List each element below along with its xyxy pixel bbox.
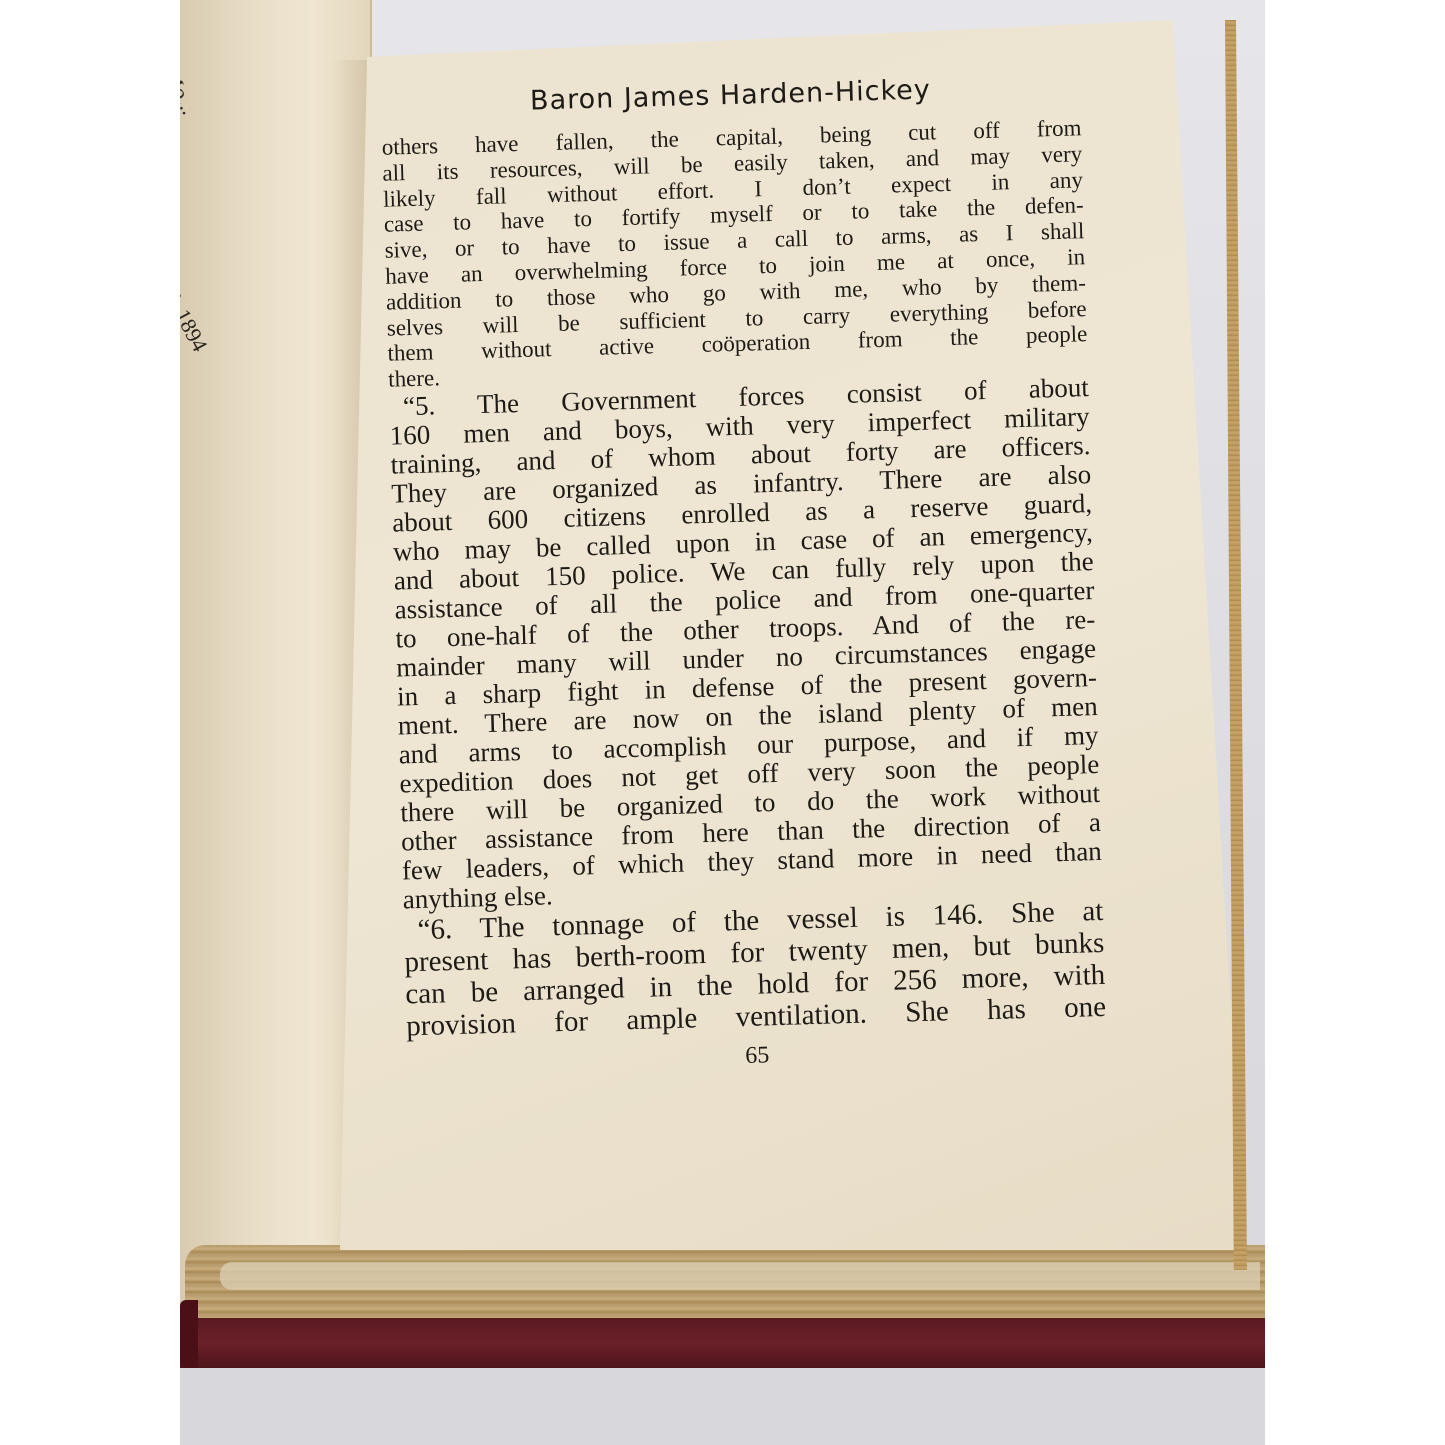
book-cover-corner: [180, 1300, 198, 1368]
paragraph-5: “5. The Government forces consist of abo…: [389, 373, 1103, 914]
paragraph-6: “6. The tonnage of the vessel is 146. Sh…: [403, 895, 1106, 1042]
left-page-text: ...ment, Mo... ...den-Hickey,... ...g le…: [180, 0, 291, 669]
right-page-text: Baron James Harden-Hickey others have fa…: [380, 70, 1107, 1079]
book-photo: ...ment, Mo... ...den-Hickey,... ...g le…: [180, 0, 1265, 1445]
page-block-gap: [220, 1262, 1260, 1290]
paragraph-continued: others have fallen, the capital, being c…: [381, 115, 1088, 392]
book-cover: [180, 1318, 1265, 1368]
